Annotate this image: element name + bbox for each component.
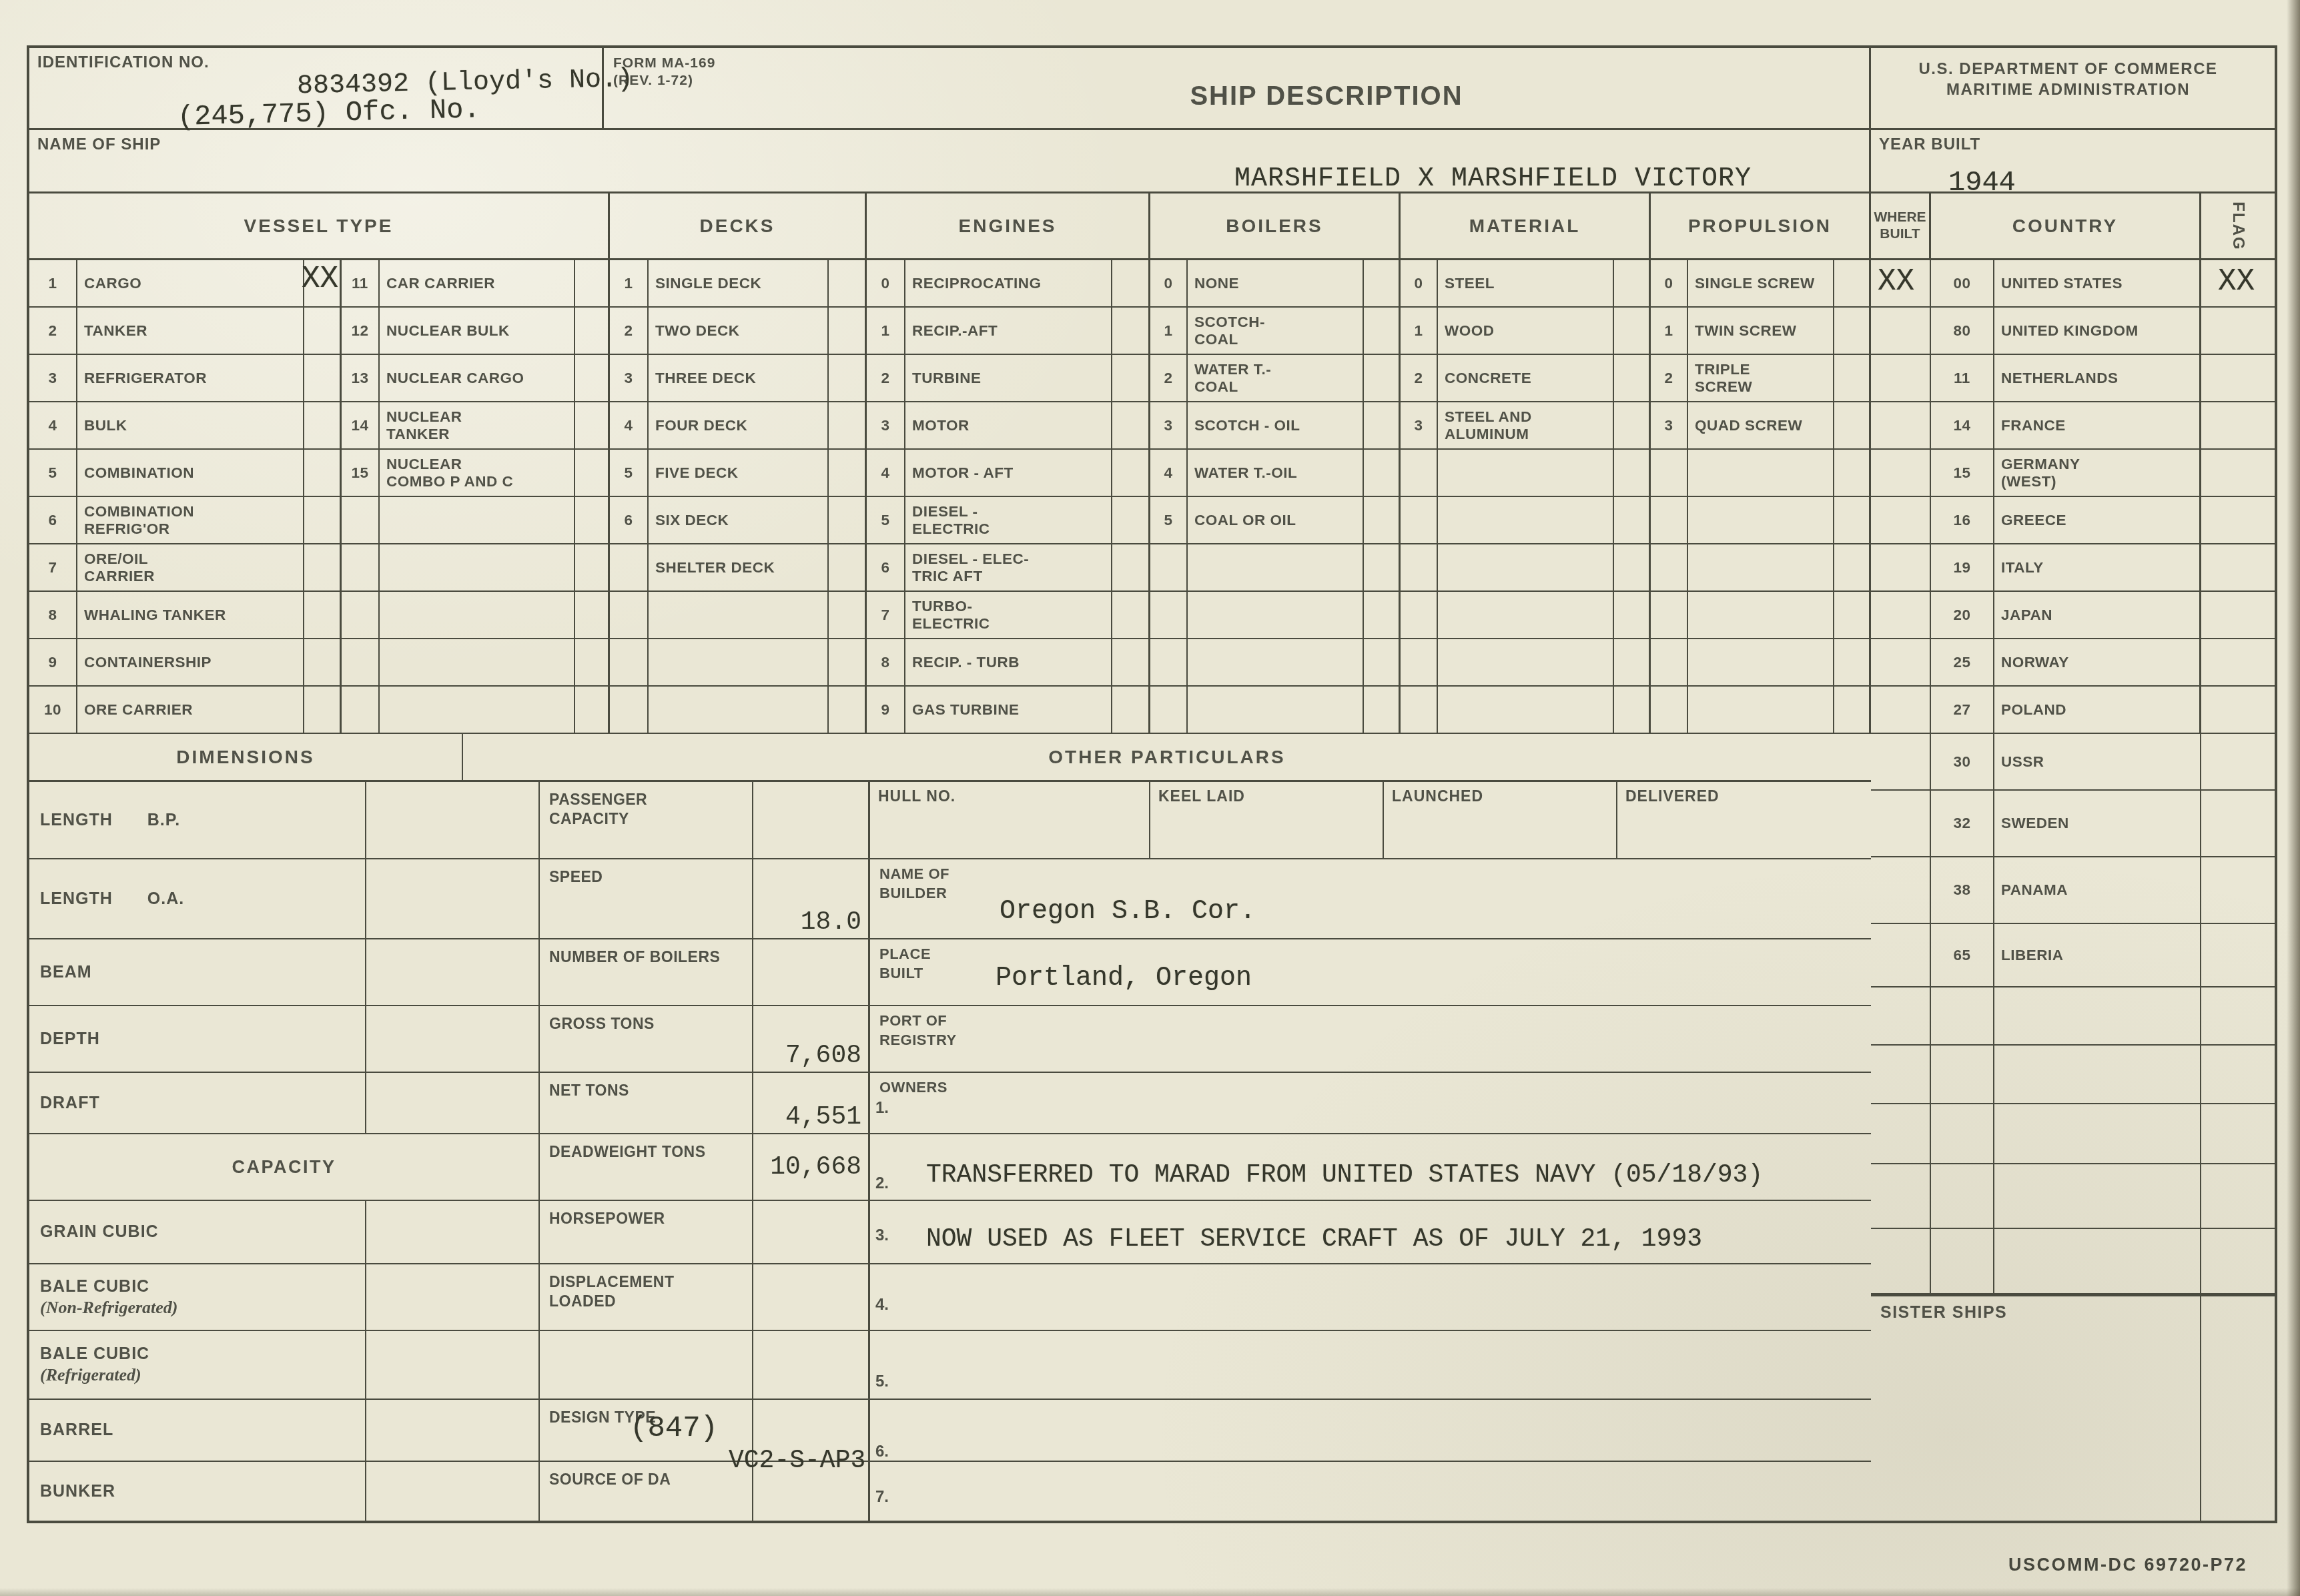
vessel-type2-label [380,592,575,639]
beam-value-cell [366,939,540,1006]
grain-cubic-value-cell [366,1201,540,1264]
country-continued-row: 38 PANAMA [1871,857,2275,924]
country-label: USSR [1994,734,2201,791]
sister-ships-area: SISTER SHIPS [1871,1296,2201,1521]
vessel-type2-label: NUCLEAR COMBO P AND C [380,450,575,497]
engines-code: 6 [867,544,905,592]
country-code: 38 [1931,857,1994,924]
detail-row-bale-cubic-ref: BALE CUBIC (Refrigerated) [29,1331,1871,1400]
material-label: STEEL AND ALUMINUM [1438,402,1614,450]
owner-row-number: 3. [875,1226,889,1245]
sister-ships-box: SISTER SHIPS [1871,1294,2275,1521]
material-label: WOOD [1438,308,1614,355]
propulsion-mark-cell [1834,260,1871,308]
material-label [1438,687,1614,734]
year-built-box: YEAR BUILT [1871,130,2275,191]
where-built-cell [1871,1104,1931,1164]
engines-label: RECIPROCATING [905,260,1112,308]
classification-row: 6 COMBINATION REFRIG'OR 6 SIX DECK 5 DIE… [29,497,2275,544]
bale-cubic-nonref-value-cell [366,1264,540,1331]
boilers-mark-cell [1364,260,1401,308]
flag-header: FLAG [2201,193,2275,258]
where-built-cell [1871,450,1931,497]
where-built-cell [1871,1229,1931,1294]
boilers-mark-cell [1364,639,1401,687]
dim-label-text: CAPACITY [232,1157,336,1178]
vessel-type-code: 8 [29,592,77,639]
flag-cell [2201,639,2275,687]
displacement-loaded-label: DISPLACEMENT LOADED [540,1264,753,1331]
vessel-type-mark-cell [304,687,342,734]
country-code: 14 [1931,402,1994,450]
classification-row: 8 WHALING TANKER 7 TURBO- ELECTRIC 20 JA… [29,592,2275,639]
typed-design-type: VC2-S-AP3 [729,1447,865,1475]
engines-mark-cell [1112,308,1150,355]
decks-label [649,592,829,639]
engines-mark-cell [1112,497,1150,544]
material-label [1438,592,1614,639]
engines-code: 7 [867,592,905,639]
dim-label-text: LENGTH O.A. [40,889,365,909]
length-oa-label: LENGTH O.A. [29,859,366,939]
page-title: SHIP DESCRIPTION [604,81,1869,111]
draft-label: DRAFT [29,1073,366,1134]
number-of-boilers-label: NUMBER OF BOILERS [540,939,753,1006]
material-mark-cell [1614,355,1651,402]
engines-code: 0 [867,260,905,308]
decks-mark-cell [829,450,867,497]
engines-mark-cell [1112,639,1150,687]
boilers-mark-cell [1364,450,1401,497]
classification-row: 4 BULK 14 NUCLEAR TANKER 4 FOUR DECK 3 M… [29,402,2275,450]
boilers-mark-cell [1364,308,1401,355]
where-built-cell [1871,1164,1931,1229]
vessel-type-mark-cell [304,592,342,639]
propulsion-mark-cell [1834,497,1871,544]
vessel-type-code: 9 [29,639,77,687]
country-label: NORWAY [1994,639,2201,687]
decks-label: THREE DECK [649,355,829,402]
boilers-code: 2 [1150,355,1188,402]
country-label [1994,1046,2201,1104]
engines-code: 9 [867,687,905,734]
vessel-type-code: 7 [29,544,77,592]
draft-value-cell [366,1073,540,1134]
propulsion-code [1651,544,1688,592]
vessel-type-mark-cell [304,639,342,687]
bunker-label: BUNKER [29,1462,366,1521]
decks-code: 2 [610,308,649,355]
decks-mark-cell [829,402,867,450]
propulsion-code [1651,687,1688,734]
decks-code [610,687,649,734]
length-oa-value-cell [366,859,540,939]
where-built-cell [1871,355,1931,402]
vessel-type2-code [342,592,380,639]
vessel-type2-mark-cell [575,355,610,402]
details-section: DIMENSIONS OTHER PARTICULARS LENGTH B.P.… [29,734,1871,1521]
typed-where-built-mark: XX [1878,264,1914,299]
vessel-type2-label: NUCLEAR TANKER [380,402,575,450]
country-continued-row [1871,1046,2275,1104]
country-code [1931,1046,1994,1104]
boilers-code [1150,639,1188,687]
dim-label-text: LENGTH B.P. [40,811,365,830]
country-continued-row [1871,1104,2275,1164]
material-mark-cell [1614,592,1651,639]
other-particulars-title: OTHER PARTICULARS [463,734,1871,780]
country-label: GREECE [1994,497,2201,544]
barrel-label: BARREL [29,1400,366,1462]
where-built-cell [1871,639,1931,687]
dim-label-text: BEAM [40,963,365,982]
flag-cell [2201,1046,2275,1104]
country-code: 15 [1931,450,1994,497]
boilers-label [1188,639,1364,687]
vessel-type-mark-cell [304,544,342,592]
vessel-type-label: ORE CARRIER [77,687,304,734]
vessel-type2-code [342,544,380,592]
country-label: JAPAN [1994,592,2201,639]
decks-label: SIX DECK [649,497,829,544]
engines-mark-cell [1112,402,1150,450]
propulsion-mark-cell [1834,639,1871,687]
decks-label: SINGLE DECK [649,260,829,308]
propulsion-label: SINGLE SCREW [1688,260,1834,308]
decks-code [610,544,649,592]
detail-row-bunker: BUNKER SOURCE OF DA [29,1462,1871,1521]
boilers-mark-cell [1364,402,1401,450]
engines-code: 5 [867,497,905,544]
propulsion-label: QUAD SCREW [1688,402,1834,450]
dimensions-title: DIMENSIONS [29,734,463,780]
material-code: 1 [1401,308,1438,355]
material-code [1401,687,1438,734]
material-code [1401,544,1438,592]
engines-label: RECIP.-AFT [905,308,1112,355]
depth-value-cell [366,1006,540,1073]
department-name: U.S. DEPARTMENT OF COMMERCE MARITIME ADM… [1871,59,2265,100]
vessel-type2-label [380,639,575,687]
detail-row-beam: BEAM NUMBER OF BOILERS PLACE BUILT [29,939,1871,1006]
classification-row: 10 ORE CARRIER 9 GAS TURBINE 27 POLAND [29,687,2275,734]
flag-cell [2201,450,2275,497]
vessel-type-label: TANKER [77,308,304,355]
typed-year-built: 1944 [1948,167,2016,199]
boilers-label: NONE [1188,260,1364,308]
propulsion-label [1688,544,1834,592]
material-mark-cell [1614,639,1651,687]
where-built-cell [1871,734,1931,791]
country-label: ITALY [1994,544,2201,592]
engines-code: 8 [867,639,905,687]
gross-tons-value: 7,608 [753,1006,870,1073]
decks-code [610,639,649,687]
empty-mid-cell [540,1331,753,1400]
propulsion-mark-cell [1834,592,1871,639]
dim-label-italic: (Non-Refrigerated) [40,1298,365,1318]
vessel-type2-mark-cell [575,544,610,592]
country-code [1931,1229,1994,1294]
typed-name-of-builder: Oregon S.B. Cor. [1000,897,1256,927]
country-code: 16 [1931,497,1994,544]
vessel-type-label: COMBINATION [77,450,304,497]
boilers-code [1150,544,1188,592]
country-label [1994,987,2201,1046]
name-of-builder-label: NAME OF BUILDER [879,865,949,903]
owners-row-5 [870,1331,1871,1400]
where-built-cell [1871,308,1931,355]
decks-code: 6 [610,497,649,544]
detail-row-draft: DRAFT NET TONS 4,551 OWNERS [29,1073,1871,1134]
material-mark-cell [1614,544,1651,592]
decks-code: 3 [610,355,649,402]
vessel-type2-label [380,544,575,592]
details-header-row: DIMENSIONS OTHER PARTICULARS [29,734,1871,782]
hull-dates-grid: HULL NO. KEEL LAID LAUNCHED DELIVERED [870,782,1871,858]
country-label [1994,1164,2201,1229]
vessel-type-label: WHALING TANKER [77,592,304,639]
country-code [1931,987,1994,1046]
scan-edge-shadow-bottom [0,1588,2300,1596]
vessel-type-mark-cell [304,402,342,450]
vessel-type2-label [380,687,575,734]
passenger-capacity-value [753,782,870,859]
boilers-code [1150,592,1188,639]
owners-cell: OWNERS [870,1073,1871,1134]
vessel-type2-mark-cell [575,402,610,450]
owners-row-4 [870,1264,1871,1331]
material-code [1401,497,1438,544]
keel-laid-label: KEEL LAID [1150,782,1384,858]
vessel-type-code: 5 [29,450,77,497]
length-bp-label: LENGTH B.P. [29,782,366,859]
decks-mark-cell [829,497,867,544]
vessel-type2-mark-cell [575,687,610,734]
hull-no-label: HULL NO. [870,782,1150,858]
country-code: 20 [1931,592,1994,639]
grain-cubic-label: GRAIN CUBIC [29,1201,366,1264]
delivered-label: DELIVERED [1617,782,1871,858]
propulsion-label [1688,497,1834,544]
engines-code: 2 [867,355,905,402]
details-body: LENGTH B.P. PASSENGER CAPACITY HULL NO. … [29,782,1871,1521]
displacement-loaded-value [753,1264,870,1331]
engines-mark-cell [1112,544,1150,592]
owners-row-7 [870,1462,1871,1521]
country-code: 65 [1931,924,1994,987]
engines-label: TURBO- ELECTRIC [905,592,1112,639]
propulsion-mark-cell [1834,450,1871,497]
boilers-code: 0 [1150,260,1188,308]
boilers-mark-cell [1364,544,1401,592]
vessel-type2-label: CAR CARRIER [380,260,575,308]
where-built-cell [1871,924,1931,987]
material-code: 2 [1401,355,1438,402]
vessel-type-mark-cell [304,450,342,497]
country-code: 27 [1931,687,1994,734]
owners-row-6 [870,1400,1871,1462]
dim-label-text: BALE CUBIC [40,1277,365,1296]
owner-row-number: 4. [875,1296,889,1314]
passenger-capacity-label: PASSENGER CAPACITY [540,782,753,859]
material-mark-cell [1614,260,1651,308]
vessel-type-code: 10 [29,687,77,734]
material-label [1438,450,1614,497]
horsepower-label: HORSEPOWER [540,1201,753,1264]
country-continued-row [1871,987,2275,1046]
hull-dates-row: HULL NO. KEEL LAID LAUNCHED DELIVERED [870,782,1871,859]
country-label [1994,1104,2201,1164]
boilers-label [1188,544,1364,592]
engines-mark-cell [1112,450,1150,497]
scanned-ship-description-form: { "document": { "identification_label": … [0,0,2300,1596]
country-label [1994,1229,2201,1294]
boilers-mark-cell [1364,355,1401,402]
flag-cell [2201,987,2275,1046]
country-continued-row [1871,1164,2275,1229]
deadweight-tons-value: 10,668 [753,1134,870,1201]
propulsion-code [1651,592,1688,639]
decks-code [610,592,649,639]
where-built-cell [1871,791,1931,857]
boilers-code: 1 [1150,308,1188,355]
net-tons-value: 4,551 [753,1073,870,1134]
identification-label: IDENTIFICATION NO. [37,53,210,72]
country-label: SWEDEN [1994,791,2201,857]
deadweight-tons-label: DEADWEIGHT TONS [540,1134,753,1201]
vessel-type2-label: NUCLEAR BULK [380,308,575,355]
material-code: 0 [1401,260,1438,308]
engines-mark-cell [1112,687,1150,734]
dim-label-italic: (Refrigerated) [40,1365,365,1385]
engines-code: 3 [867,402,905,450]
boilers-mark-cell [1364,592,1401,639]
bale-cubic-nonref-label: BALE CUBIC (Non-Refrigerated) [29,1264,366,1331]
where-built-cell [1871,402,1931,450]
material-label [1438,497,1614,544]
flag-column-continuation [2201,1296,2275,1521]
classification-row: 7 ORE/OIL CARRIER SHELTER DECK 6 DIESEL … [29,544,2275,592]
bale-cubic-ref-label: BALE CUBIC (Refrigerated) [29,1331,366,1400]
vessel-type-code: 4 [29,402,77,450]
material-code [1401,592,1438,639]
engines-label: MOTOR - AFT [905,450,1112,497]
boilers-label: SCOTCH- COAL [1188,308,1364,355]
flag-cell [2201,857,2275,924]
vessel-type2-mark-cell [575,497,610,544]
propulsion-code [1651,639,1688,687]
vessel-type-code: 6 [29,497,77,544]
decks-mark-cell [829,592,867,639]
country-continued-table: 30 USSR 32 SWEDEN 38 PANAMA 65 LIBERIA [1871,734,2275,1294]
department-box: U.S. DEPARTMENT OF COMMERCE MARITIME ADM… [1871,48,2275,128]
propulsion-code: 0 [1651,260,1688,308]
vessel-type2-mark-cell [575,592,610,639]
detail-row-depth: DEPTH GROSS TONS 7,608 PORT OF REGISTRY [29,1006,1871,1073]
owner-row-number: 2. [875,1174,889,1193]
decks-label: FIVE DECK [649,450,829,497]
flag-cell [2201,592,2275,639]
classification-row: 2 TANKER 12 NUCLEAR BULK 2 TWO DECK 1 RE… [29,308,2275,355]
flag-cell [2201,402,2275,450]
decks-code: 5 [610,450,649,497]
classification-row: 9 CONTAINERSHIP 8 RECIP. - TURB 25 NORWA… [29,639,2275,687]
material-code [1401,450,1438,497]
flag-cell [2201,1229,2275,1294]
country-continued-row: 32 SWEDEN [1871,791,2275,857]
flag-cell [2201,1164,2275,1229]
decks-code: 4 [610,402,649,450]
decks-mark-cell [829,260,867,308]
boilers-label: WATER T.- COAL [1188,355,1364,402]
decks-label: SHELTER DECK [649,544,829,592]
classification-table: 1 CARGO 11 CAR CARRIER 1 SINGLE DECK 0 R… [29,260,2275,734]
material-code: 3 [1401,402,1438,450]
decks-label: TWO DECK [649,308,829,355]
owner-row-number: 5. [875,1372,889,1391]
detail-row-barrel: BARREL DESIGN TYPE [29,1400,1871,1462]
material-label: STEEL [1438,260,1614,308]
boilers-code: 4 [1150,450,1188,497]
vessel-type-code: 3 [29,355,77,402]
boilers-label: WATER T.-OIL [1188,450,1364,497]
vessel-type-mark-cell [304,355,342,402]
vessel-type2-code: 14 [342,402,380,450]
country-header: COUNTRY [1931,193,2201,258]
where-built-cell [1871,987,1931,1046]
propulsion-mark-cell [1834,308,1871,355]
typed-ship-name: MARSHFIELD X MARSHFIELD VICTORY [1234,164,1752,194]
engines-label: RECIP. - TURB [905,639,1112,687]
country-code: 80 [1931,308,1994,355]
country-code: 11 [1931,355,1994,402]
material-mark-cell [1614,450,1651,497]
bale-cubic-ref-value-cell [366,1331,540,1400]
country-label: NETHERLANDS [1994,355,2201,402]
decks-mark-cell [829,687,867,734]
vessel-type2-mark-cell [575,639,610,687]
country-continued-row: 30 USSR [1871,734,2275,791]
vessel-type-label: CARGO [77,260,304,308]
classification-header-row: VESSEL TYPE DECKS ENGINES BOILERS MATERI… [29,193,2275,260]
bunker-value-cell [366,1462,540,1521]
country-label: LIBERIA [1994,924,2201,987]
where-built-cell [1871,592,1931,639]
boilers-mark-cell [1364,497,1401,544]
scan-edge-shadow-right [2287,0,2300,1596]
propulsion-label: TWIN SCREW [1688,308,1834,355]
vessel-type2-code: 15 [342,450,380,497]
typed-design-type-paren: (847) [630,1412,718,1445]
sister-ships-label: SISTER SHIPS [1880,1303,2007,1322]
flag-cell [2201,687,2275,734]
launched-label: LAUNCHED [1384,782,1617,858]
source-of-data-label: SOURCE OF DA [540,1462,753,1521]
country-code: 25 [1931,639,1994,687]
port-of-registry-cell: PORT OF REGISTRY [870,1006,1871,1073]
flag-cell [2201,308,2275,355]
vessel-type2-label [380,497,575,544]
where-built-cell [1871,544,1931,592]
country-label: PANAMA [1994,857,2201,924]
boilers-mark-cell [1364,687,1401,734]
typed-cargo-mark: XX [302,262,338,296]
propulsion-label [1688,592,1834,639]
propulsion-code: 2 [1651,355,1688,402]
barrel-value-cell [366,1400,540,1462]
decks-mark-cell [829,639,867,687]
